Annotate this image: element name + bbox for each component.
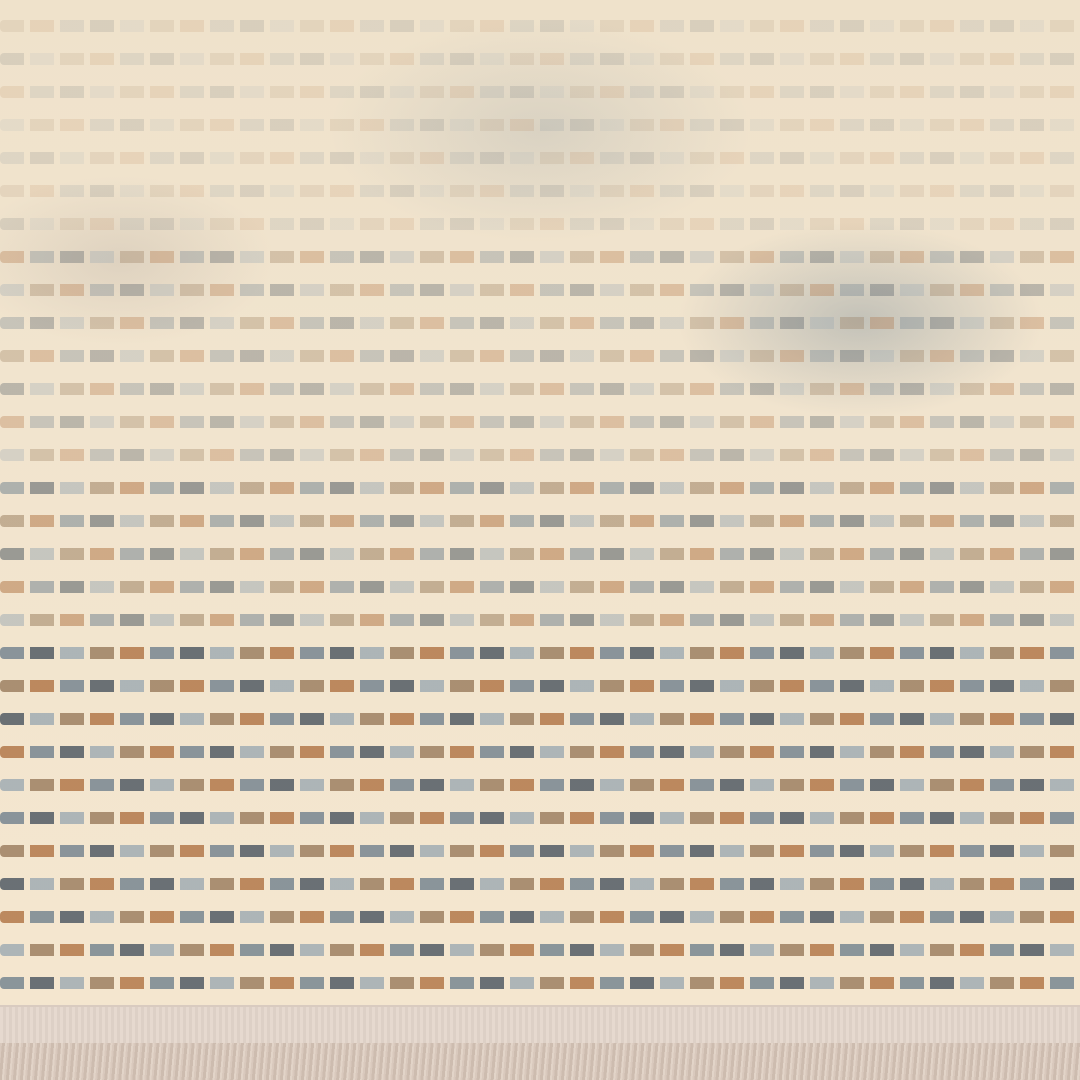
- rug-stripe: [0, 746, 1080, 758]
- rug-stripe: [0, 581, 1080, 593]
- rug-fringe: [0, 1043, 1080, 1080]
- rug-stripe: [0, 548, 1080, 560]
- rug-stripe: [0, 350, 1080, 362]
- rug-stripe: [0, 713, 1080, 725]
- rug-stripe: [0, 20, 1080, 32]
- rug-stripe: [0, 449, 1080, 461]
- rug-stripe: [0, 878, 1080, 890]
- rug-stripe: [0, 614, 1080, 626]
- rug-stripe: [0, 944, 1080, 956]
- rug-stripe: [0, 152, 1080, 164]
- rug-stripe: [0, 317, 1080, 329]
- rug-stripe: [0, 647, 1080, 659]
- rug-stripe: [0, 482, 1080, 494]
- rug-stripes: [0, 0, 1080, 1005]
- rug-stripe: [0, 845, 1080, 857]
- rug-stripe: [0, 119, 1080, 131]
- rug-stripe: [0, 779, 1080, 791]
- rug-stripe: [0, 185, 1080, 197]
- rug-stripe: [0, 86, 1080, 98]
- rug-stripe: [0, 977, 1080, 989]
- rug-stripe: [0, 680, 1080, 692]
- rug-binding-edge: [0, 1005, 1080, 1045]
- rug-stripe: [0, 812, 1080, 824]
- rug-stripe: [0, 218, 1080, 230]
- rug-stripe: [0, 515, 1080, 527]
- rug-photo: [0, 0, 1080, 1080]
- rug-stripe: [0, 53, 1080, 65]
- rug-stripe: [0, 383, 1080, 395]
- rug-stripe: [0, 416, 1080, 428]
- rug-stripe: [0, 911, 1080, 923]
- rug-stripe: [0, 284, 1080, 296]
- rug-stripe: [0, 251, 1080, 263]
